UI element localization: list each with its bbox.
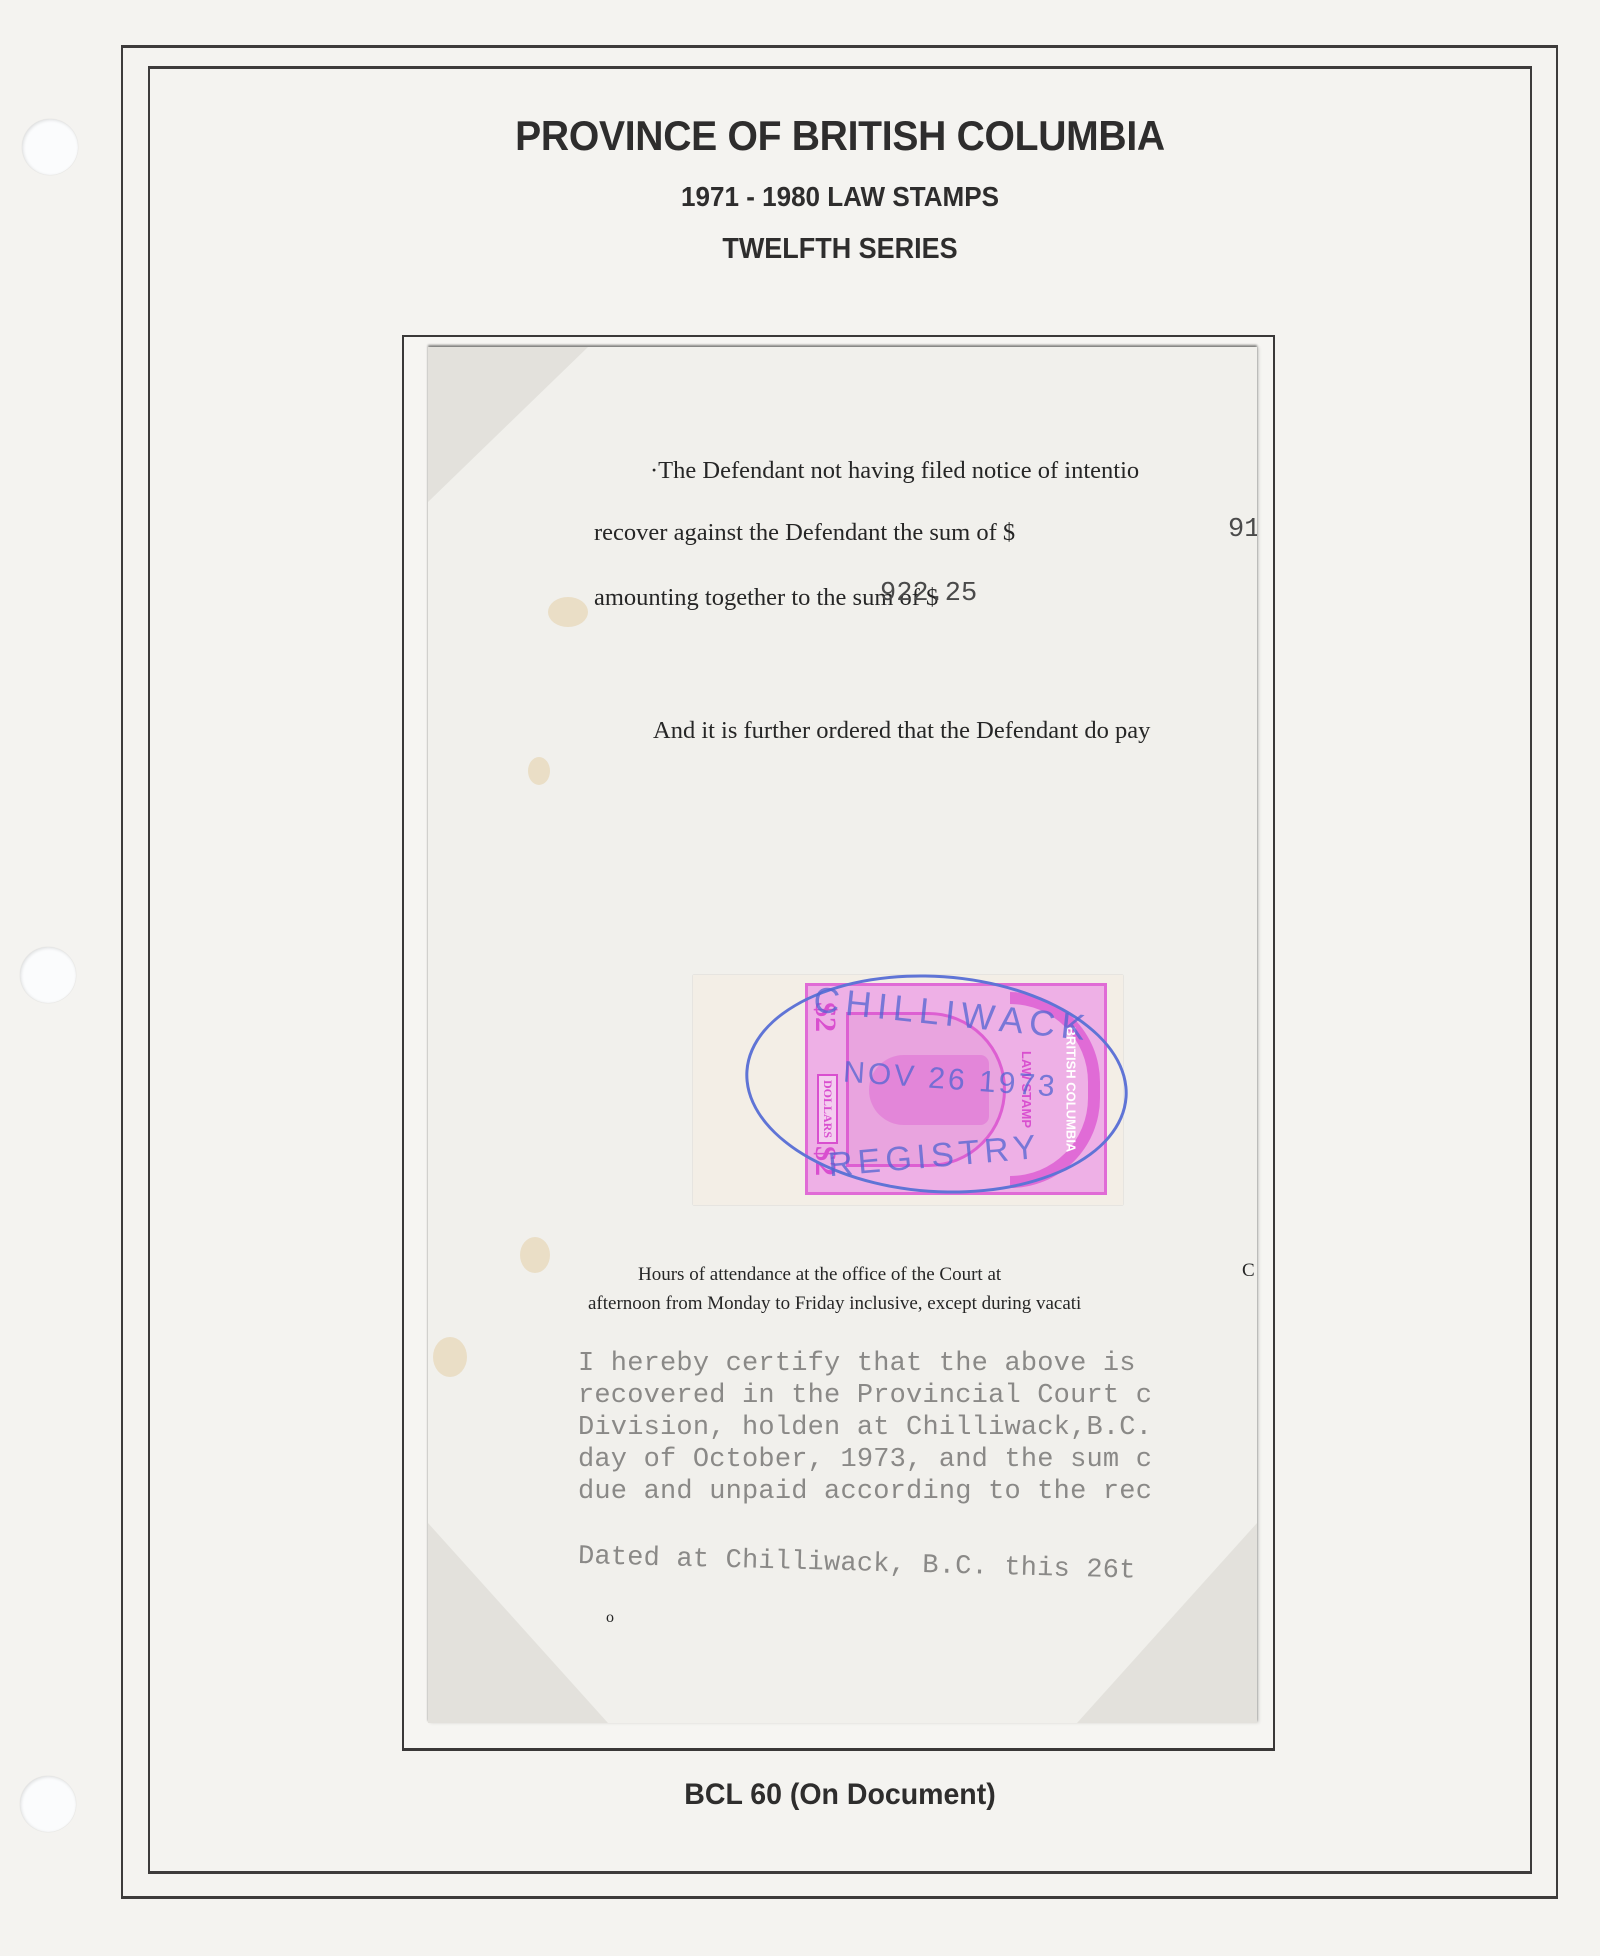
notice-line-2: afternoon from Monday to Friday inclusiv… <box>588 1293 1081 1315</box>
document-line-2: recover against the Defendant the sum of… <box>594 519 1015 547</box>
document-line-4: And it is further ordered that the Defen… <box>653 717 1150 745</box>
binder-hole-middle <box>20 947 76 1003</box>
foxing-stain <box>520 1237 550 1273</box>
foxing-stain <box>528 757 550 785</box>
typed-line-1: I hereby certify that the above is <box>578 1349 1136 1379</box>
document-line-1: ·The Defendant not having filed notice o… <box>650 457 1139 485</box>
binder-hole-bottom <box>20 1776 76 1832</box>
page-title: PROVINCE OF BRITISH COLUMBIA <box>196 112 1483 160</box>
dated-line: Dated at Chilliwack, B.C. this 26t <box>578 1542 1136 1587</box>
mount-corner-bottom-right <box>1077 1523 1257 1723</box>
stamp-on-piece: $2 DOLLARS $2 BRITISH COLUMBIA LAW STAMP… <box>693 975 1123 1205</box>
stamp-caption: BCL 60 (On Document) <box>183 1778 1498 1812</box>
notice-line-1: Hours of attendance at the office of the… <box>638 1264 1001 1286</box>
foxing-stain <box>433 1337 467 1377</box>
typed-line-5: due and unpaid according to the rec <box>578 1477 1152 1507</box>
mount-corner-top-left <box>428 347 588 502</box>
foxing-stain <box>548 597 588 627</box>
typed-line-3: Division, holden at Chilliwack,B.C. <box>578 1413 1152 1443</box>
page-subtitle: 1971 - 1980 LAW STAMPS <box>196 181 1483 213</box>
amount-total: 922.25 <box>880 579 977 609</box>
binder-hole-top <box>22 119 78 175</box>
typed-line-4: day of October, 1973, and the sum c <box>578 1445 1152 1475</box>
notice-partial: C <box>1242 1260 1255 1282</box>
document-mark: o <box>606 1609 614 1627</box>
typed-line-2: recovered in the Provincial Court c <box>578 1381 1152 1411</box>
amount-partial: 91 <box>1228 515 1257 545</box>
page-series: TWELFTH SERIES <box>196 233 1483 266</box>
